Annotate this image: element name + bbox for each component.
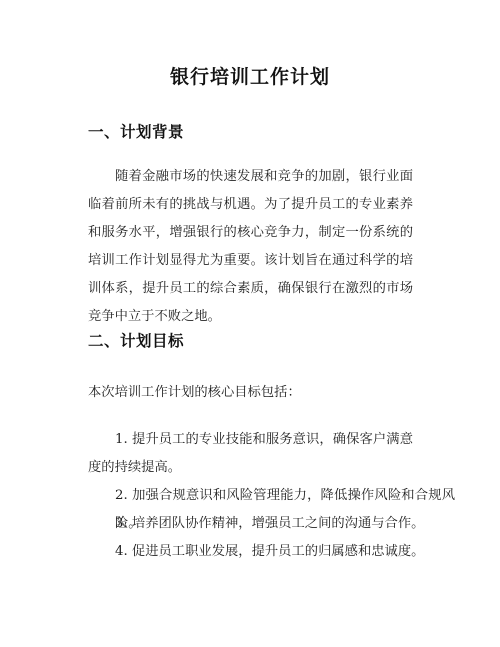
background-paragraph: 随着金融市场的快速发展和竞争的加剧，银行业面临着前所未有的挑战与机遇。为了提升员… xyxy=(88,163,413,331)
section-heading-background: 一、计划背景 xyxy=(88,120,184,142)
goals-intro: 本次培训工作计划的核心目标包括： xyxy=(88,381,301,400)
section-heading-goals: 二、计划目标 xyxy=(88,329,184,351)
document-page: 银行培训工作计划 一、计划背景 随着金融市场的快速发展和竞争的加剧，银行业面临着… xyxy=(0,0,500,647)
goal-item-3: 3. 培养团队协作精神，增强员工之间的沟通与合作。 xyxy=(115,510,455,538)
document-title: 银行培训工作计划 xyxy=(0,62,500,89)
goal-item-1: 1. 提升员工的专业技能和服务意识，确保客户满意度的持续提高。 xyxy=(88,426,413,482)
goal-item-4: 4. 促进员工职业发展，提升员工的归属感和忠诚度。 xyxy=(115,538,455,566)
